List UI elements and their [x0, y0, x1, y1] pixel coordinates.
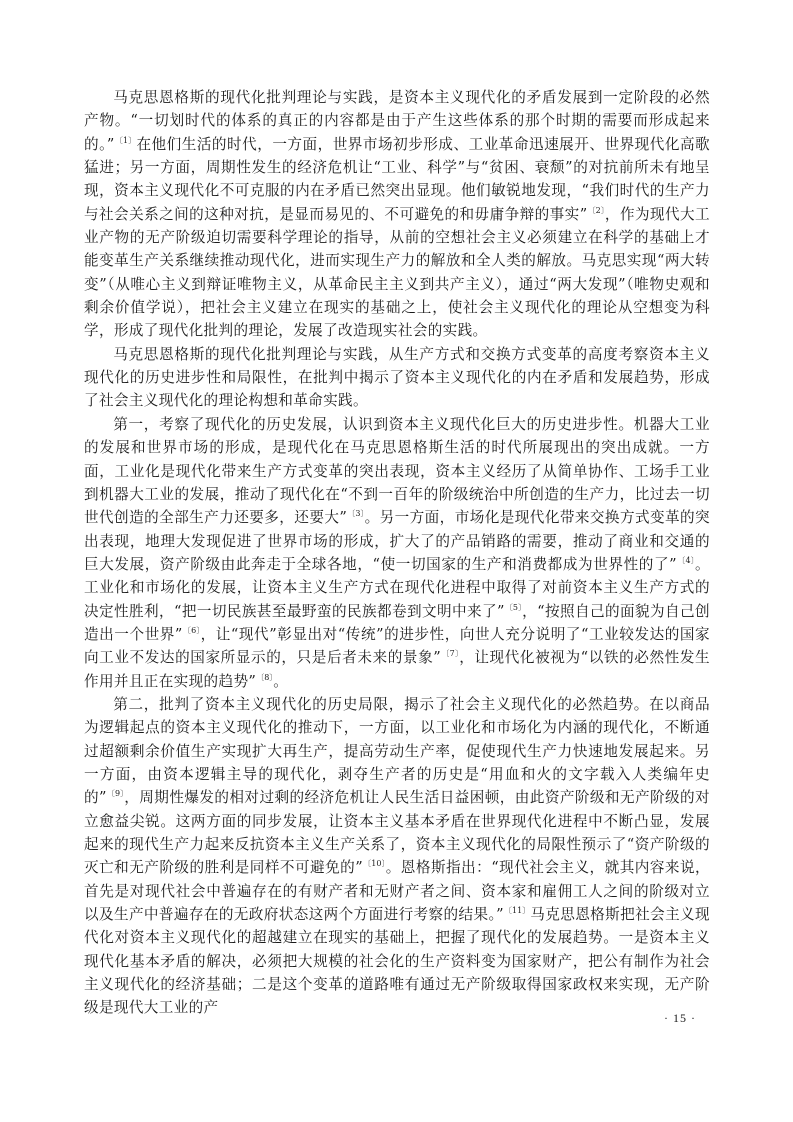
citation-reference: 〔2〕	[588, 206, 605, 215]
citation-reference: 〔5〕	[505, 603, 522, 612]
citation-reference: 〔11〕	[504, 906, 530, 915]
paragraph: 第二，批判了资本主义现代化的历史局限，揭示了社会主义现代化的必然趋势。在以商品为…	[84, 693, 710, 1020]
citation-reference: 〔8〕	[256, 673, 273, 682]
paragraph: 第一，考察了现代化的历史发展，认识到资本主义现代化巨大的历史进步性。机器大工业的…	[84, 413, 710, 693]
citation-reference: 〔10〕	[363, 859, 386, 868]
citation-reference: 〔1〕	[115, 136, 137, 145]
citation-reference: 〔7〕	[441, 649, 459, 658]
citation-reference: 〔9〕	[107, 789, 124, 798]
paragraph-text: 马克思恩格斯的现代化批判理论与实践，从生产方式和交换方式变革的高度考察资本主义现…	[84, 346, 710, 410]
paragraph: 马克思恩格斯的现代化批判理论与实践，从生产方式和交换方式变革的高度考察资本主义现…	[84, 343, 710, 413]
citation-reference: 〔4〕	[677, 556, 695, 565]
citation-reference: 〔3〕	[347, 509, 364, 518]
page-number: · 15 ·	[664, 1011, 696, 1026]
paragraph-text: ，作为现代大工业产物的无产阶级迫切需要科学理论的指导，从前的空想社会主义必须建立…	[84, 206, 710, 340]
body-text: 马克思恩格斯的现代化批判理论与实践，是资本主义现代化的矛盾发展到一定阶段的必然产…	[84, 86, 710, 1020]
citation-reference: 〔6〕	[183, 626, 201, 635]
paragraph-text: 。	[273, 673, 288, 690]
document-page: 马克思恩格斯的现代化批判理论与实践，是资本主义现代化的矛盾发展到一定阶段的必然产…	[84, 86, 710, 1020]
paragraph: 马克思恩格斯的现代化批判理论与实践，是资本主义现代化的矛盾发展到一定阶段的必然产…	[84, 86, 710, 343]
